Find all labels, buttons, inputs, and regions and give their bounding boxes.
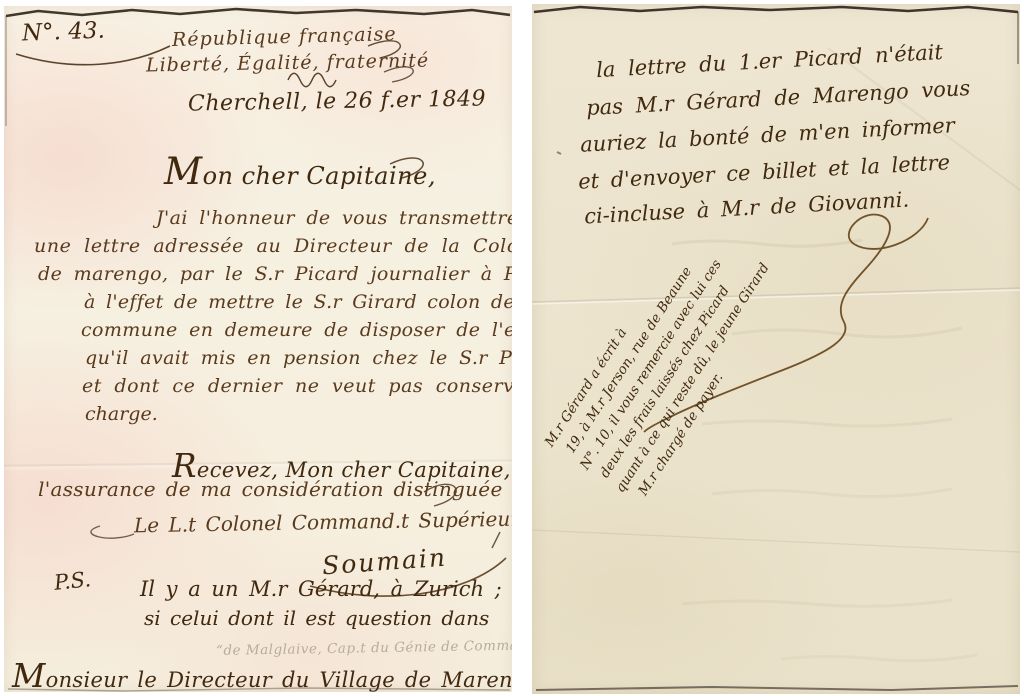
deckle-edge-right bbox=[532, 4, 1020, 694]
letter-page-left: N°. 43. République française Liberté, Ég… bbox=[4, 6, 512, 692]
scanned-letter: N°. 43. République française Liberté, Ég… bbox=[0, 0, 1024, 696]
deckle-edge-left bbox=[4, 6, 512, 692]
letter-page-right: la lettre du 1.er Picard n'était pas M.r… bbox=[532, 4, 1020, 694]
